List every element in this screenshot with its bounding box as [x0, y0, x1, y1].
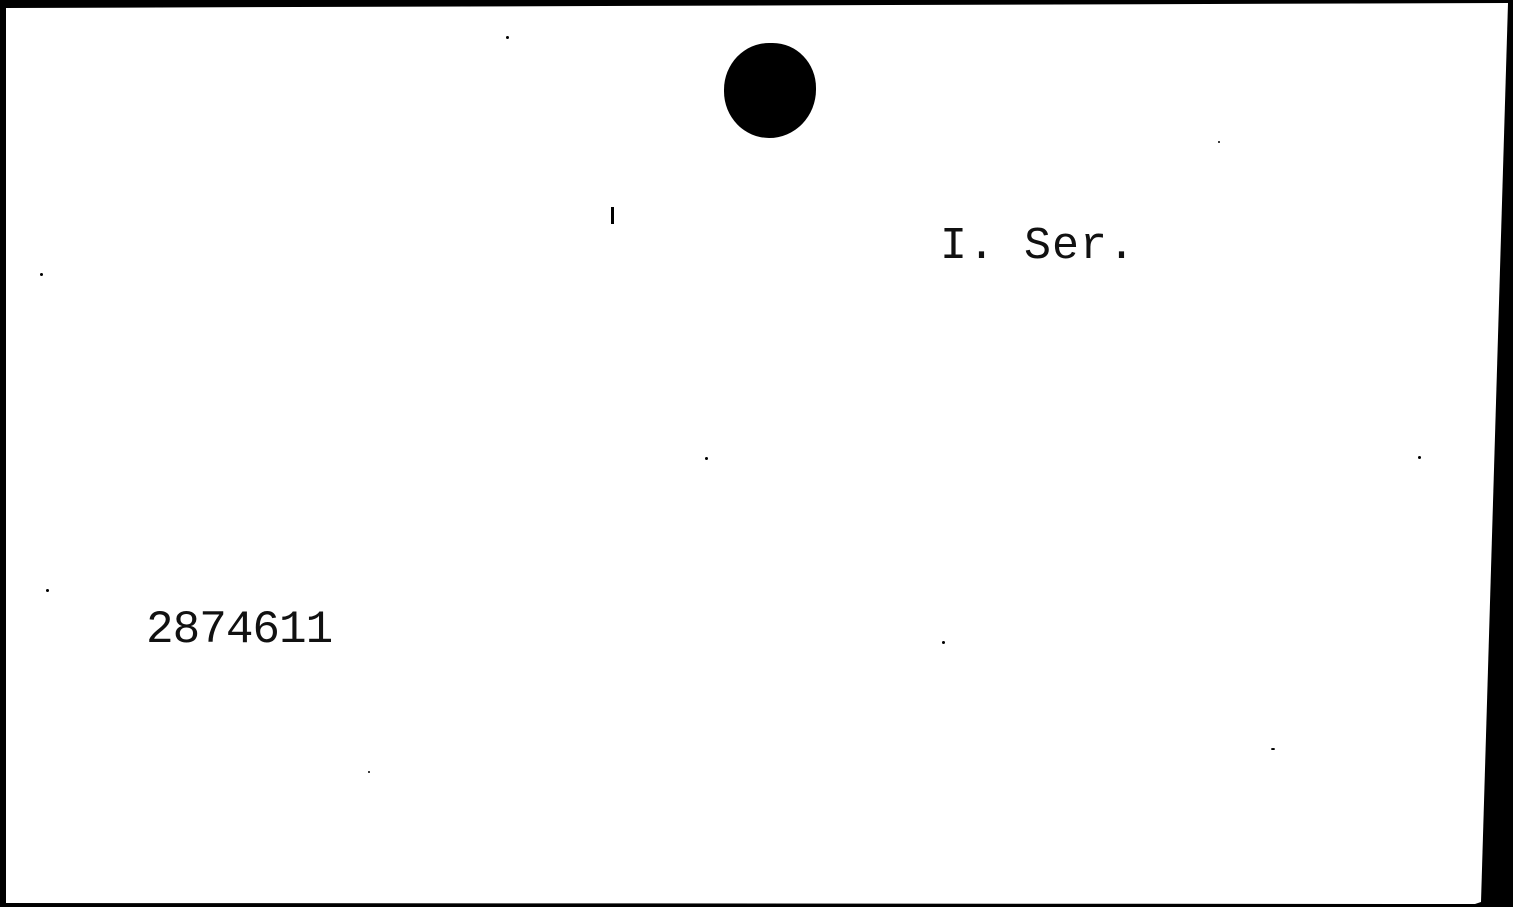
- dust-speck: [705, 457, 708, 460]
- dust-speck: [368, 771, 370, 773]
- punch-hole: [724, 43, 816, 138]
- series-label: I. Ser.: [940, 224, 1136, 269]
- dust-speck: [46, 589, 49, 592]
- card-number: 2874611: [146, 607, 332, 653]
- scan-background: I. Ser. 2874611: [0, 0, 1513, 907]
- index-card: I. Ser. 2874611: [0, 0, 1513, 907]
- dust-speck: [506, 36, 509, 39]
- dust-speck: [1218, 141, 1220, 143]
- dust-speck: [40, 273, 43, 276]
- dust-speck: [1271, 748, 1275, 750]
- dust-speck: [942, 641, 945, 644]
- ink-mark: [611, 207, 614, 224]
- dust-speck: [1418, 456, 1421, 459]
